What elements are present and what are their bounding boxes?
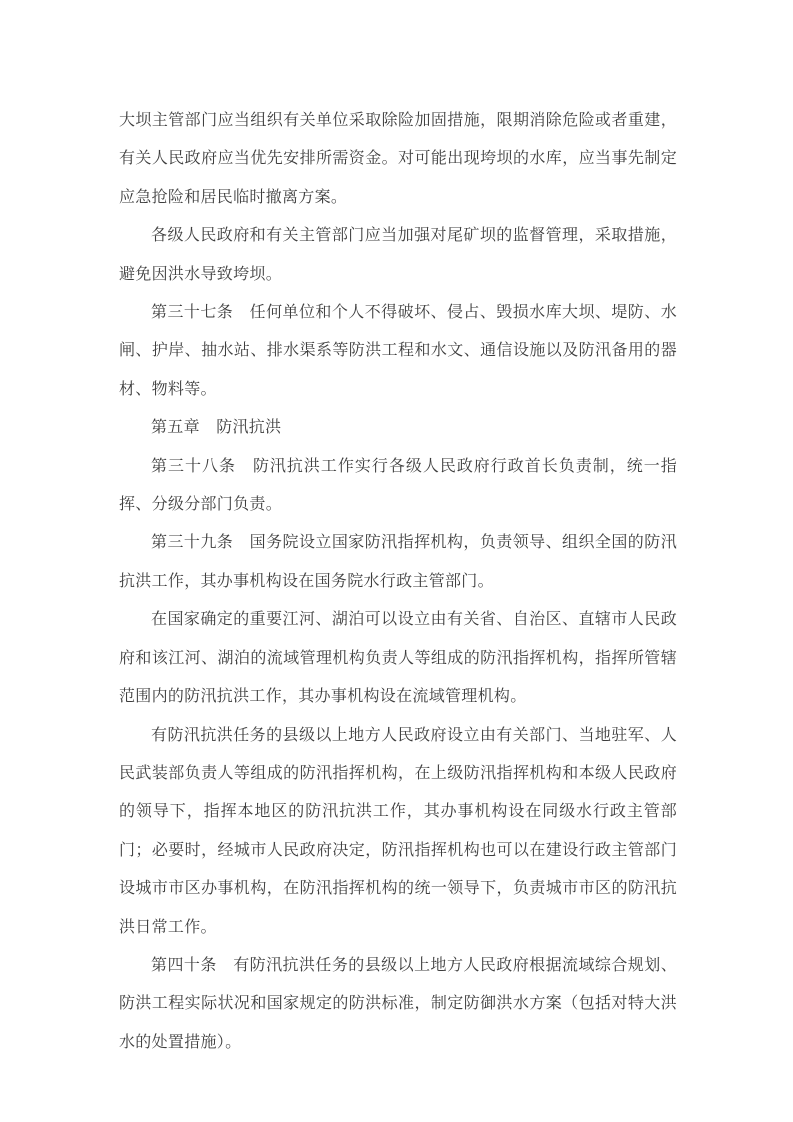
paragraph: 有防汛抗洪任务的县级以上地方人民政府设立由有关部门、当地驻军、人民武装部负责人等… — [119, 716, 677, 946]
paragraph: 第三十九条 国务院设立国家防汛指挥机构，负责领导、组织全国的防汛抗洪工作，其办事… — [119, 523, 677, 600]
paragraph: 第三十七条 任何单位和个人不得破坏、侵占、毁损水库大坝、堤防、水闸、护岸、抽水站… — [119, 293, 677, 408]
paragraph: 各级人民政府和有关主管部门应当加强对尾矿坝的监督管理，采取措施，避免因洪水导致垮… — [119, 216, 677, 293]
paragraph: 在国家确定的重要江河、湖泊可以设立由有关省、自治区、直辖市人民政府和该江河、湖泊… — [119, 600, 677, 715]
document-body: 大坝主管部门应当组织有关单位采取除险加固措施，限期消除危险或者重建，有关人民政府… — [119, 101, 677, 1061]
paragraph: 大坝主管部门应当组织有关单位采取除险加固措施，限期消除危险或者重建，有关人民政府… — [119, 101, 677, 216]
paragraph: 第四十条 有防汛抗洪任务的县级以上地方人民政府根据流域综合规划、防洪工程实际状况… — [119, 946, 677, 1061]
paragraph: 第三十八条 防汛抗洪工作实行各级人民政府行政首长负责制，统一指挥、分级分部门负责… — [119, 447, 677, 524]
chapter-heading: 第五章 防汛抗洪 — [119, 408, 677, 446]
document-page: 大坝主管部门应当组织有关单位采取除险加固措施，限期消除危险或者重建，有关人民政府… — [0, 0, 793, 1122]
